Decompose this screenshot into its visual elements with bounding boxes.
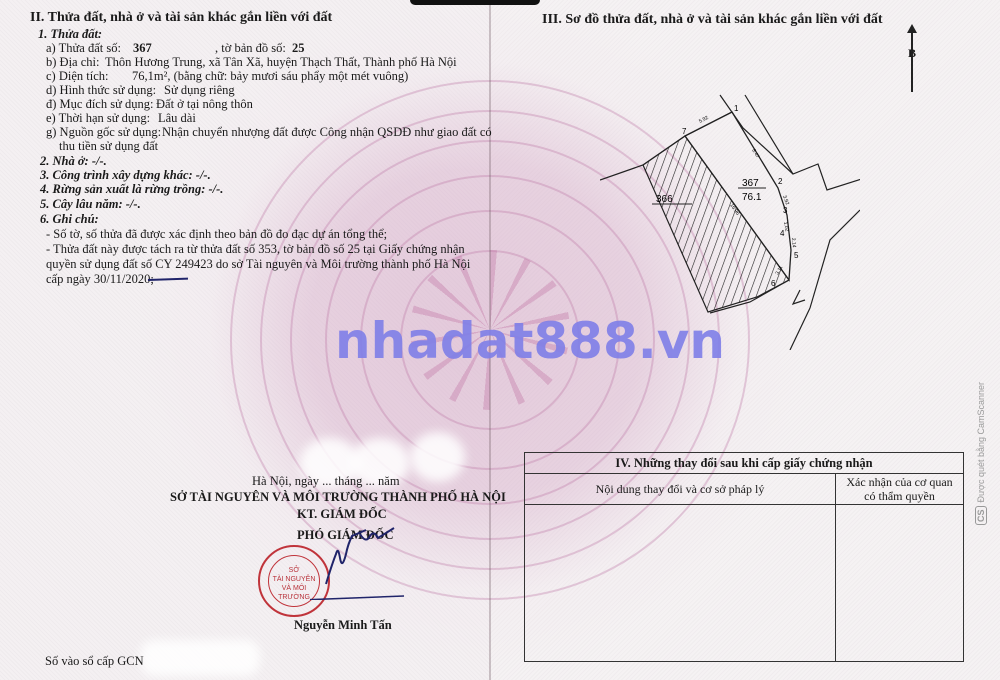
- address-label: b) Địa chỉ:: [46, 55, 99, 70]
- term-label: e) Thời hạn sử dụng:: [46, 111, 150, 126]
- edge-label: 8.47: [750, 148, 760, 160]
- place-date: Hà Nội, ngày ... tháng ... năm: [252, 474, 400, 489]
- camscanner-logo-icon: CS: [975, 506, 987, 525]
- neighbor-parcel-number: 366: [656, 194, 673, 205]
- house-item: 2. Nhà ở: -/-.: [40, 154, 107, 169]
- other-construction-item: 3. Công trình xây dựng khác: -/-.: [40, 168, 211, 183]
- edge-label: 5.92: [698, 115, 710, 125]
- parcel-label: a) Thửa đất số:: [46, 41, 121, 56]
- redaction-blur: [410, 432, 465, 482]
- changes-column-content: Nội dung thay đổi và cơ sở pháp lý: [525, 474, 836, 505]
- note-line-1: - Số tờ, số thửa đã được xác định theo b…: [46, 227, 387, 242]
- perennial-item: 5. Cây lâu năm: -/-.: [40, 197, 141, 212]
- vertex-2: 2: [778, 177, 783, 186]
- origin-value-line1: Nhận chuyển nhượng đất được Công nhận QS…: [162, 125, 492, 140]
- section-ii-title: II. Thửa đất, nhà ở và tài sản khác gắn …: [30, 10, 332, 25]
- parcel-area-label: 76.1: [742, 192, 762, 203]
- signer-name: Nguyễn Minh Tấn: [294, 618, 392, 633]
- origin-label: g) Nguồn gốc sử dụng:: [46, 125, 161, 140]
- camscanner-label: CSĐược quét bằng CamScanner: [975, 382, 987, 525]
- changes-table-title: IV. Những thay đổi sau khi cấp giấy chứn…: [525, 453, 964, 474]
- notes-heading: 6. Ghi chú:: [40, 212, 99, 227]
- north-label: B: [908, 46, 916, 61]
- camscanner-text: Được quét bằng CamScanner: [976, 382, 986, 503]
- term-value: Lâu dài: [158, 111, 196, 126]
- map-sheet-number: 25: [292, 41, 305, 56]
- use-form-value: Sử dụng riêng: [164, 83, 235, 98]
- authority-header-line2: có thẩm quyền: [836, 489, 963, 503]
- use-form-label: d) Hình thức sử dụng:: [46, 83, 156, 98]
- parcel-number-label: 367: [742, 178, 759, 189]
- forest-item: 4. Rừng sản xuất là rừng trồng: -/-.: [40, 182, 223, 197]
- edge-label: 2.14: [790, 238, 797, 248]
- changes-table: IV. Những thay đổi sau khi cấp giấy chứn…: [524, 452, 964, 662]
- registry-label: Số vào sổ cấp GCN: [45, 654, 144, 669]
- handwritten-signature: [310, 520, 430, 600]
- department-name: SỞ TÀI NGUYÊN VÀ MÔI TRƯỜNG THÀNH PHỐ HÀ…: [170, 490, 506, 505]
- vertex-5: 5: [794, 251, 799, 260]
- parcel-diagram: 366 367 76.1 1 2 3 4 5 6 7 5.92 8.47 3.9…: [600, 90, 860, 350]
- address-value: Thôn Hương Trung, xã Tân Xã, huyện Thạch…: [105, 55, 457, 70]
- vertex-3: 3: [783, 206, 788, 215]
- map-sheet-label: , tờ bản đồ số:: [215, 41, 286, 56]
- authority-header-line1: Xác nhận của cơ quan: [836, 475, 963, 489]
- scan-edge: [410, 0, 540, 5]
- vertex-1: 1: [734, 104, 739, 113]
- land-heading: 1. Thửa đất:: [38, 27, 102, 42]
- area-value: 76,1m², (bằng chữ: bảy mươi sáu phẩy một…: [132, 69, 408, 84]
- vertex-7: 7: [682, 127, 687, 136]
- note-line-2: - Thửa đất này được tách ra từ thửa đất …: [46, 242, 465, 257]
- note-line-4: cấp ngày 30/11/2020;: [46, 272, 154, 287]
- edge-label: 3.92: [781, 195, 790, 206]
- parcel-number: 367: [133, 41, 152, 56]
- purpose-value: Đất ở tại nông thôn: [156, 97, 253, 112]
- section-iii-title: III. Sơ đồ thửa đất, nhà ở và tài sản kh…: [542, 12, 883, 27]
- redaction-blur: [140, 640, 260, 676]
- note-line-3: quyền sử dụng đất số CY 249423 do sở Tài…: [46, 257, 470, 272]
- origin-value-line2: thu tiền sử dụng đất: [59, 139, 158, 154]
- vertex-6: 6: [771, 279, 776, 288]
- changes-authority-cell: [836, 505, 964, 662]
- changes-content-cell: [525, 505, 836, 662]
- purpose-label: đ) Mục đích sử dụng:: [46, 97, 153, 112]
- area-label: c) Diện tích:: [46, 69, 108, 84]
- changes-column-authority: Xác nhận của cơ quan có thẩm quyền: [836, 474, 964, 505]
